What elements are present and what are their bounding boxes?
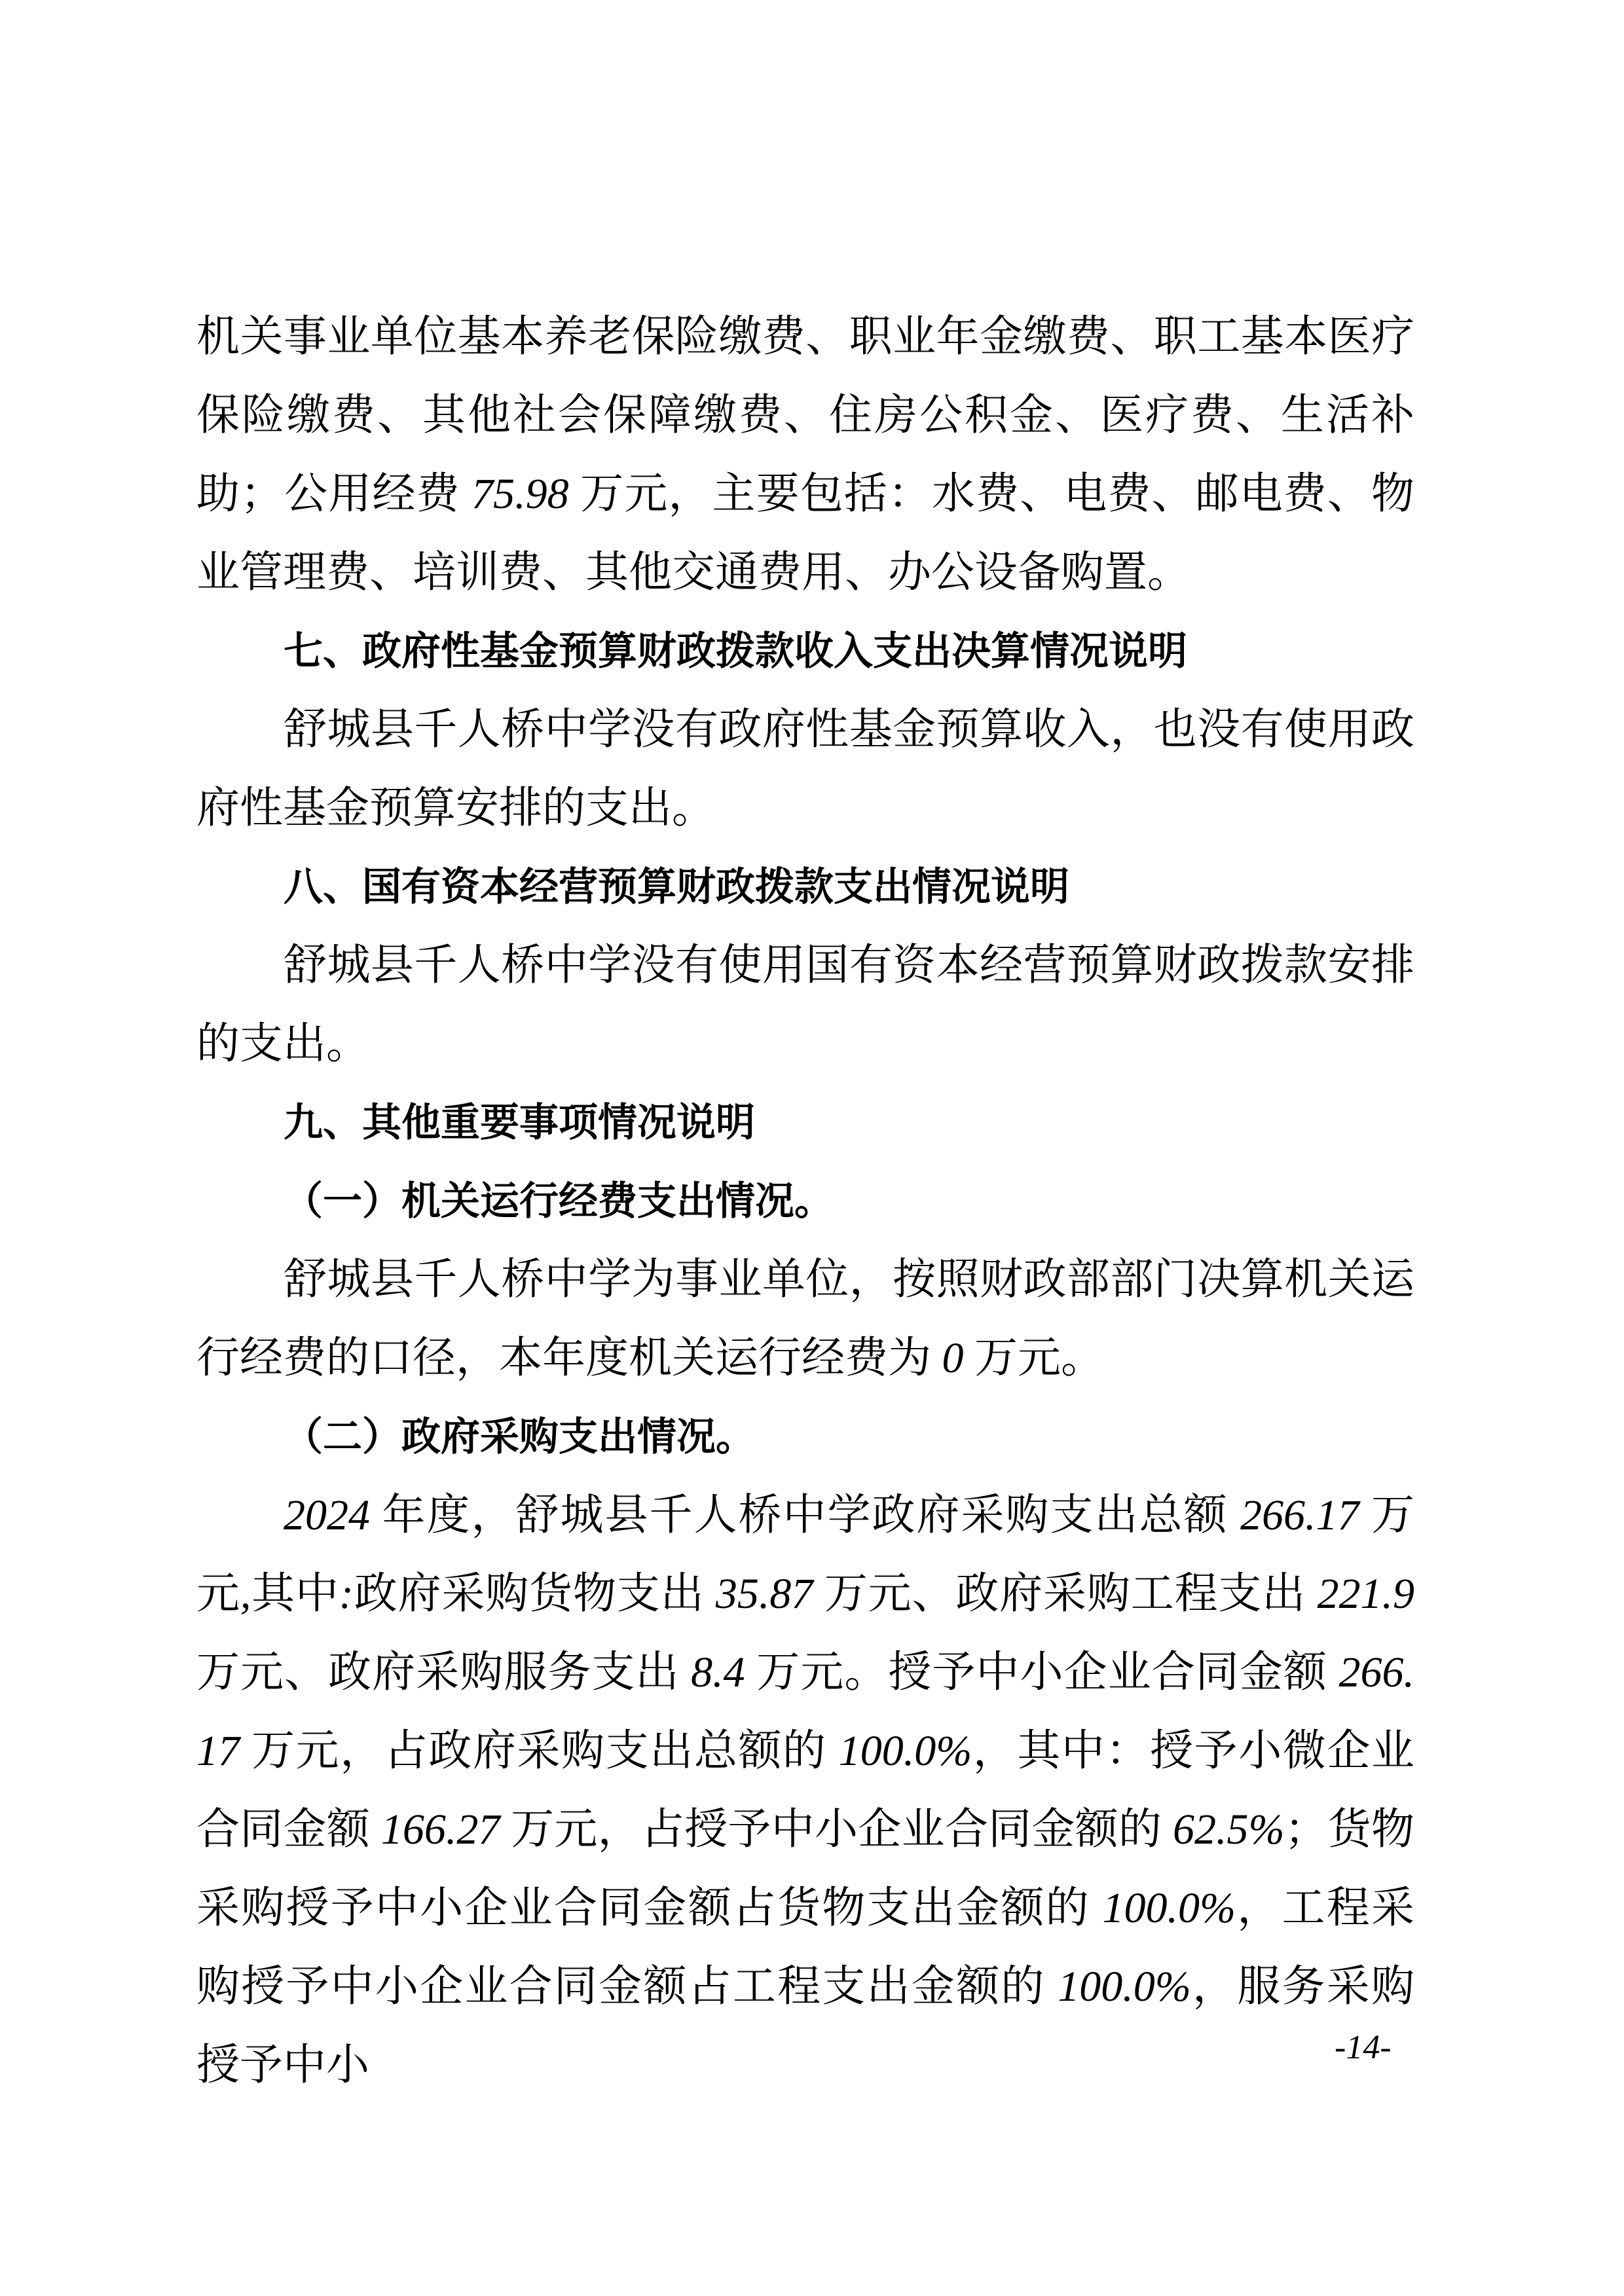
paragraph-personnel-and-public-funds: 机关事业单位基本养老保险缴费、职业年金缴费、职工基本医疗保险缴费、其他社会保障缴…	[196, 298, 1414, 612]
document-text-block: 机关事业单位基本养老保险缴费、职业年金缴费、职工基本医疗保险缴费、其他社会保障缴…	[196, 298, 1414, 2105]
document-page: 机关事业单位基本养老保险缴费、职业年金缴费、职工基本医疗保险缴费、其他社会保障缴…	[0, 0, 1624, 2296]
heading-section-9-other-important-matters: 九、其他重要事项情况说明	[196, 1084, 1414, 1162]
paragraph-government-procurement-details: 2024 年度，舒城县千人桥中学政府采购支出总额 266.17 万元,其中:政府…	[196, 1476, 1414, 2105]
heading-section-7-government-fund-budget: 七、政府性基金预算财政拨款收入支出决算情况说明	[196, 612, 1414, 691]
heading-section-9-2-government-procurement: （二）政府采购支出情况。	[196, 1398, 1414, 1476]
heading-section-8-state-capital-budget: 八、国有资本经营预算财政拨款支出情况说明	[196, 848, 1414, 926]
paragraph-no-state-capital-expenditure: 舒城县千人桥中学没有使用国有资本经营预算财政拨款安排的支出。	[196, 926, 1414, 1084]
heading-section-9-1-agency-operating-expenses: （一）机关运行经费支出情况。	[196, 1162, 1414, 1241]
page-number: -14-	[1335, 2028, 1392, 2068]
paragraph-agency-operating-expenses: 舒城县千人桥中学为事业单位，按照财政部部门决算机关运行经费的口径，本年度机关运行…	[196, 1241, 1414, 1398]
paragraph-no-government-fund-budget: 舒城县千人桥中学没有政府性基金预算收入，也没有使用政府性基金预算安排的支出。	[196, 691, 1414, 848]
